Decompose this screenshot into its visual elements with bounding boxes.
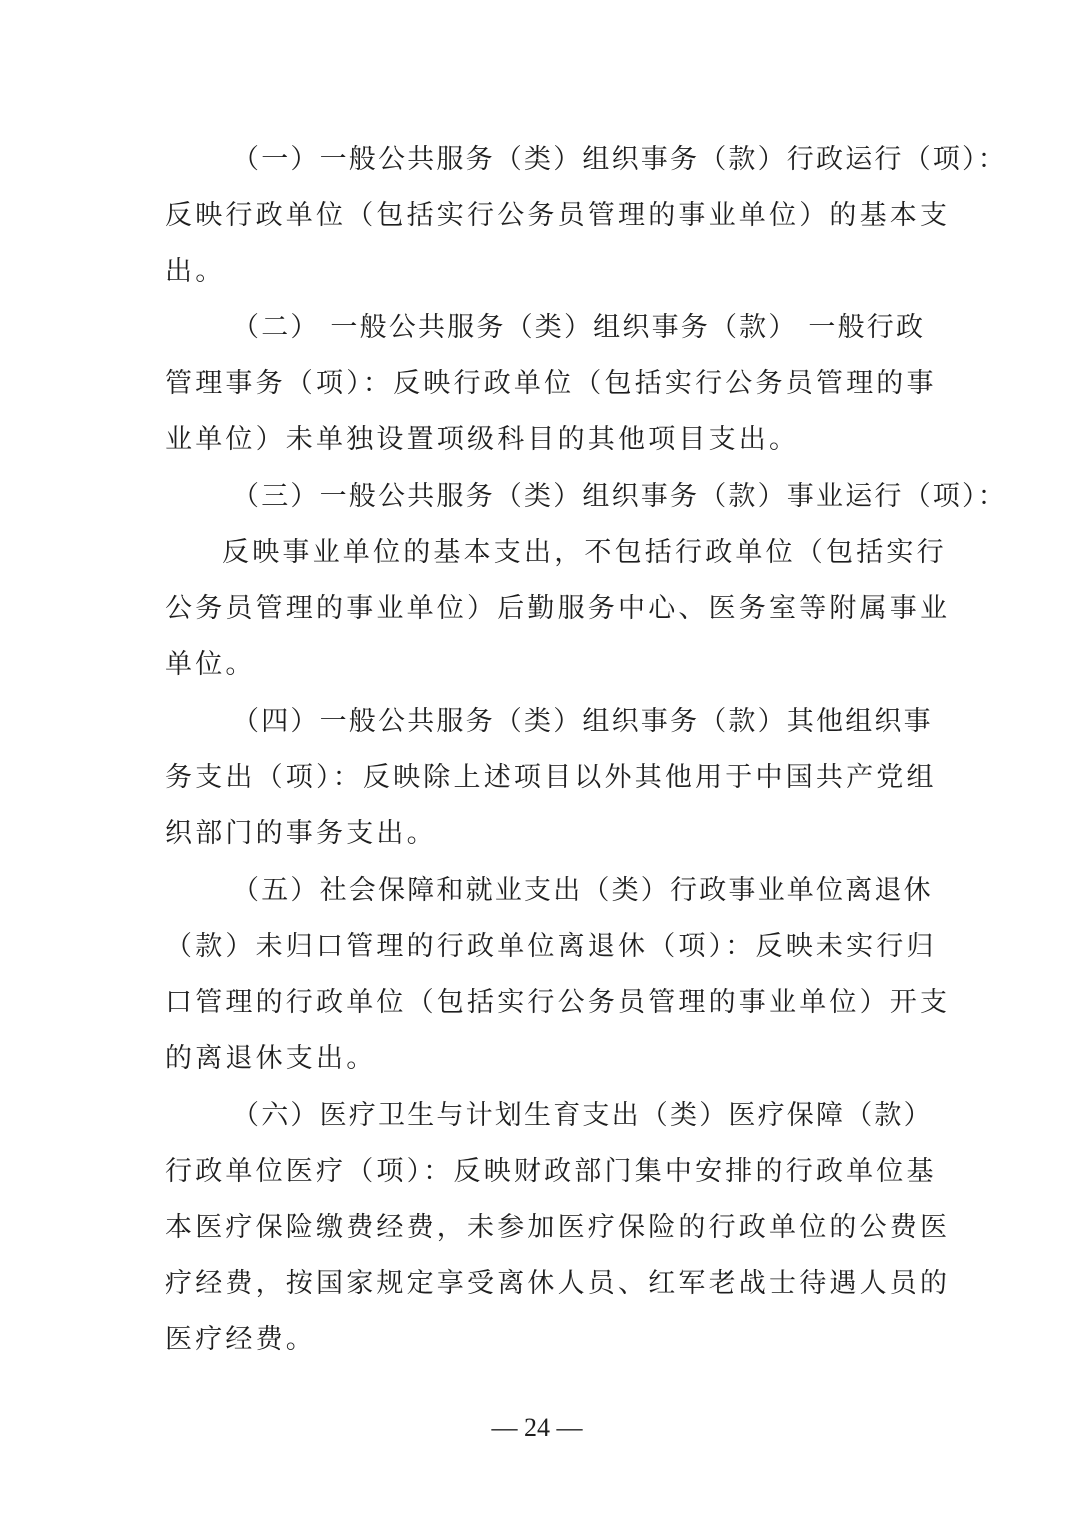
section-1-line-3: 出。 (165, 252, 915, 292)
section-5-line-1: （五）社会保障和就业支出（类）行政事业单位离退休 (232, 871, 982, 911)
section-4-line-2: 务支出（项）：反映除上述项目以外其他用于中国共产党组 (165, 758, 915, 798)
section-2-line-3: 业单位）未单独设置项级科目的其他项目支出。 (165, 420, 915, 460)
section-4-line-1: （四）一般公共服务（类）组织事务（款）其他组织事 (232, 702, 982, 742)
section-3-line-1: （三）一般公共服务（类）组织事务（款）事业运行（项）： (232, 477, 982, 517)
section-5-line-3: 口管理的行政单位（包括实行公务员管理的事业单位）开支 (165, 983, 915, 1023)
section-4-line-3: 织部门的事务支出。 (165, 814, 915, 854)
section-6-line-1: （六）医疗卫生与计划生育支出（类）医疗保障（款） (232, 1096, 982, 1136)
section-1-line-2: 反映行政单位（包括实行公务员管理的事业单位）的基本支 (165, 196, 915, 236)
section-5-line-4: 的离退休支出。 (165, 1039, 915, 1079)
section-2-line-2: 管理事务（项）：反映行政单位（包括实行公务员管理的事 (165, 364, 915, 404)
section-5-line-2: （款）未归口管理的行政单位离退休（项）：反映未实行归 (165, 927, 915, 967)
section-1-line-1: （一）一般公共服务（类）组织事务（款）行政运行（项）： (232, 140, 982, 180)
section-3-line-3: 公务员管理的事业单位）后勤服务中心、医务室等附属事业 (165, 589, 915, 629)
section-6-line-5: 医疗经费。 (165, 1320, 915, 1360)
section-6-line-2: 行政单位医疗（项）：反映财政部门集中安排的行政单位基 (165, 1152, 915, 1192)
section-6-line-4: 疗经费，按国家规定享受离休人员、红军老战士待遇人员的 (165, 1264, 915, 1304)
section-3-line-4: 单位。 (165, 645, 915, 685)
document-page: （一）一般公共服务（类）组织事务（款）行政运行（项）： 反映行政单位（包括实行公… (0, 0, 1074, 1520)
section-3-line-2: 反映事业单位的基本支出，不包括行政单位（包括实行 (222, 533, 972, 573)
section-2-line-1: （二） 一般公共服务（类）组织事务（款） 一般行政 (232, 308, 982, 348)
section-6-line-3: 本医疗保险缴费经费，未参加医疗保险的行政单位的公费医 (165, 1208, 915, 1248)
page-number: — 24 — (0, 1410, 1074, 1446)
